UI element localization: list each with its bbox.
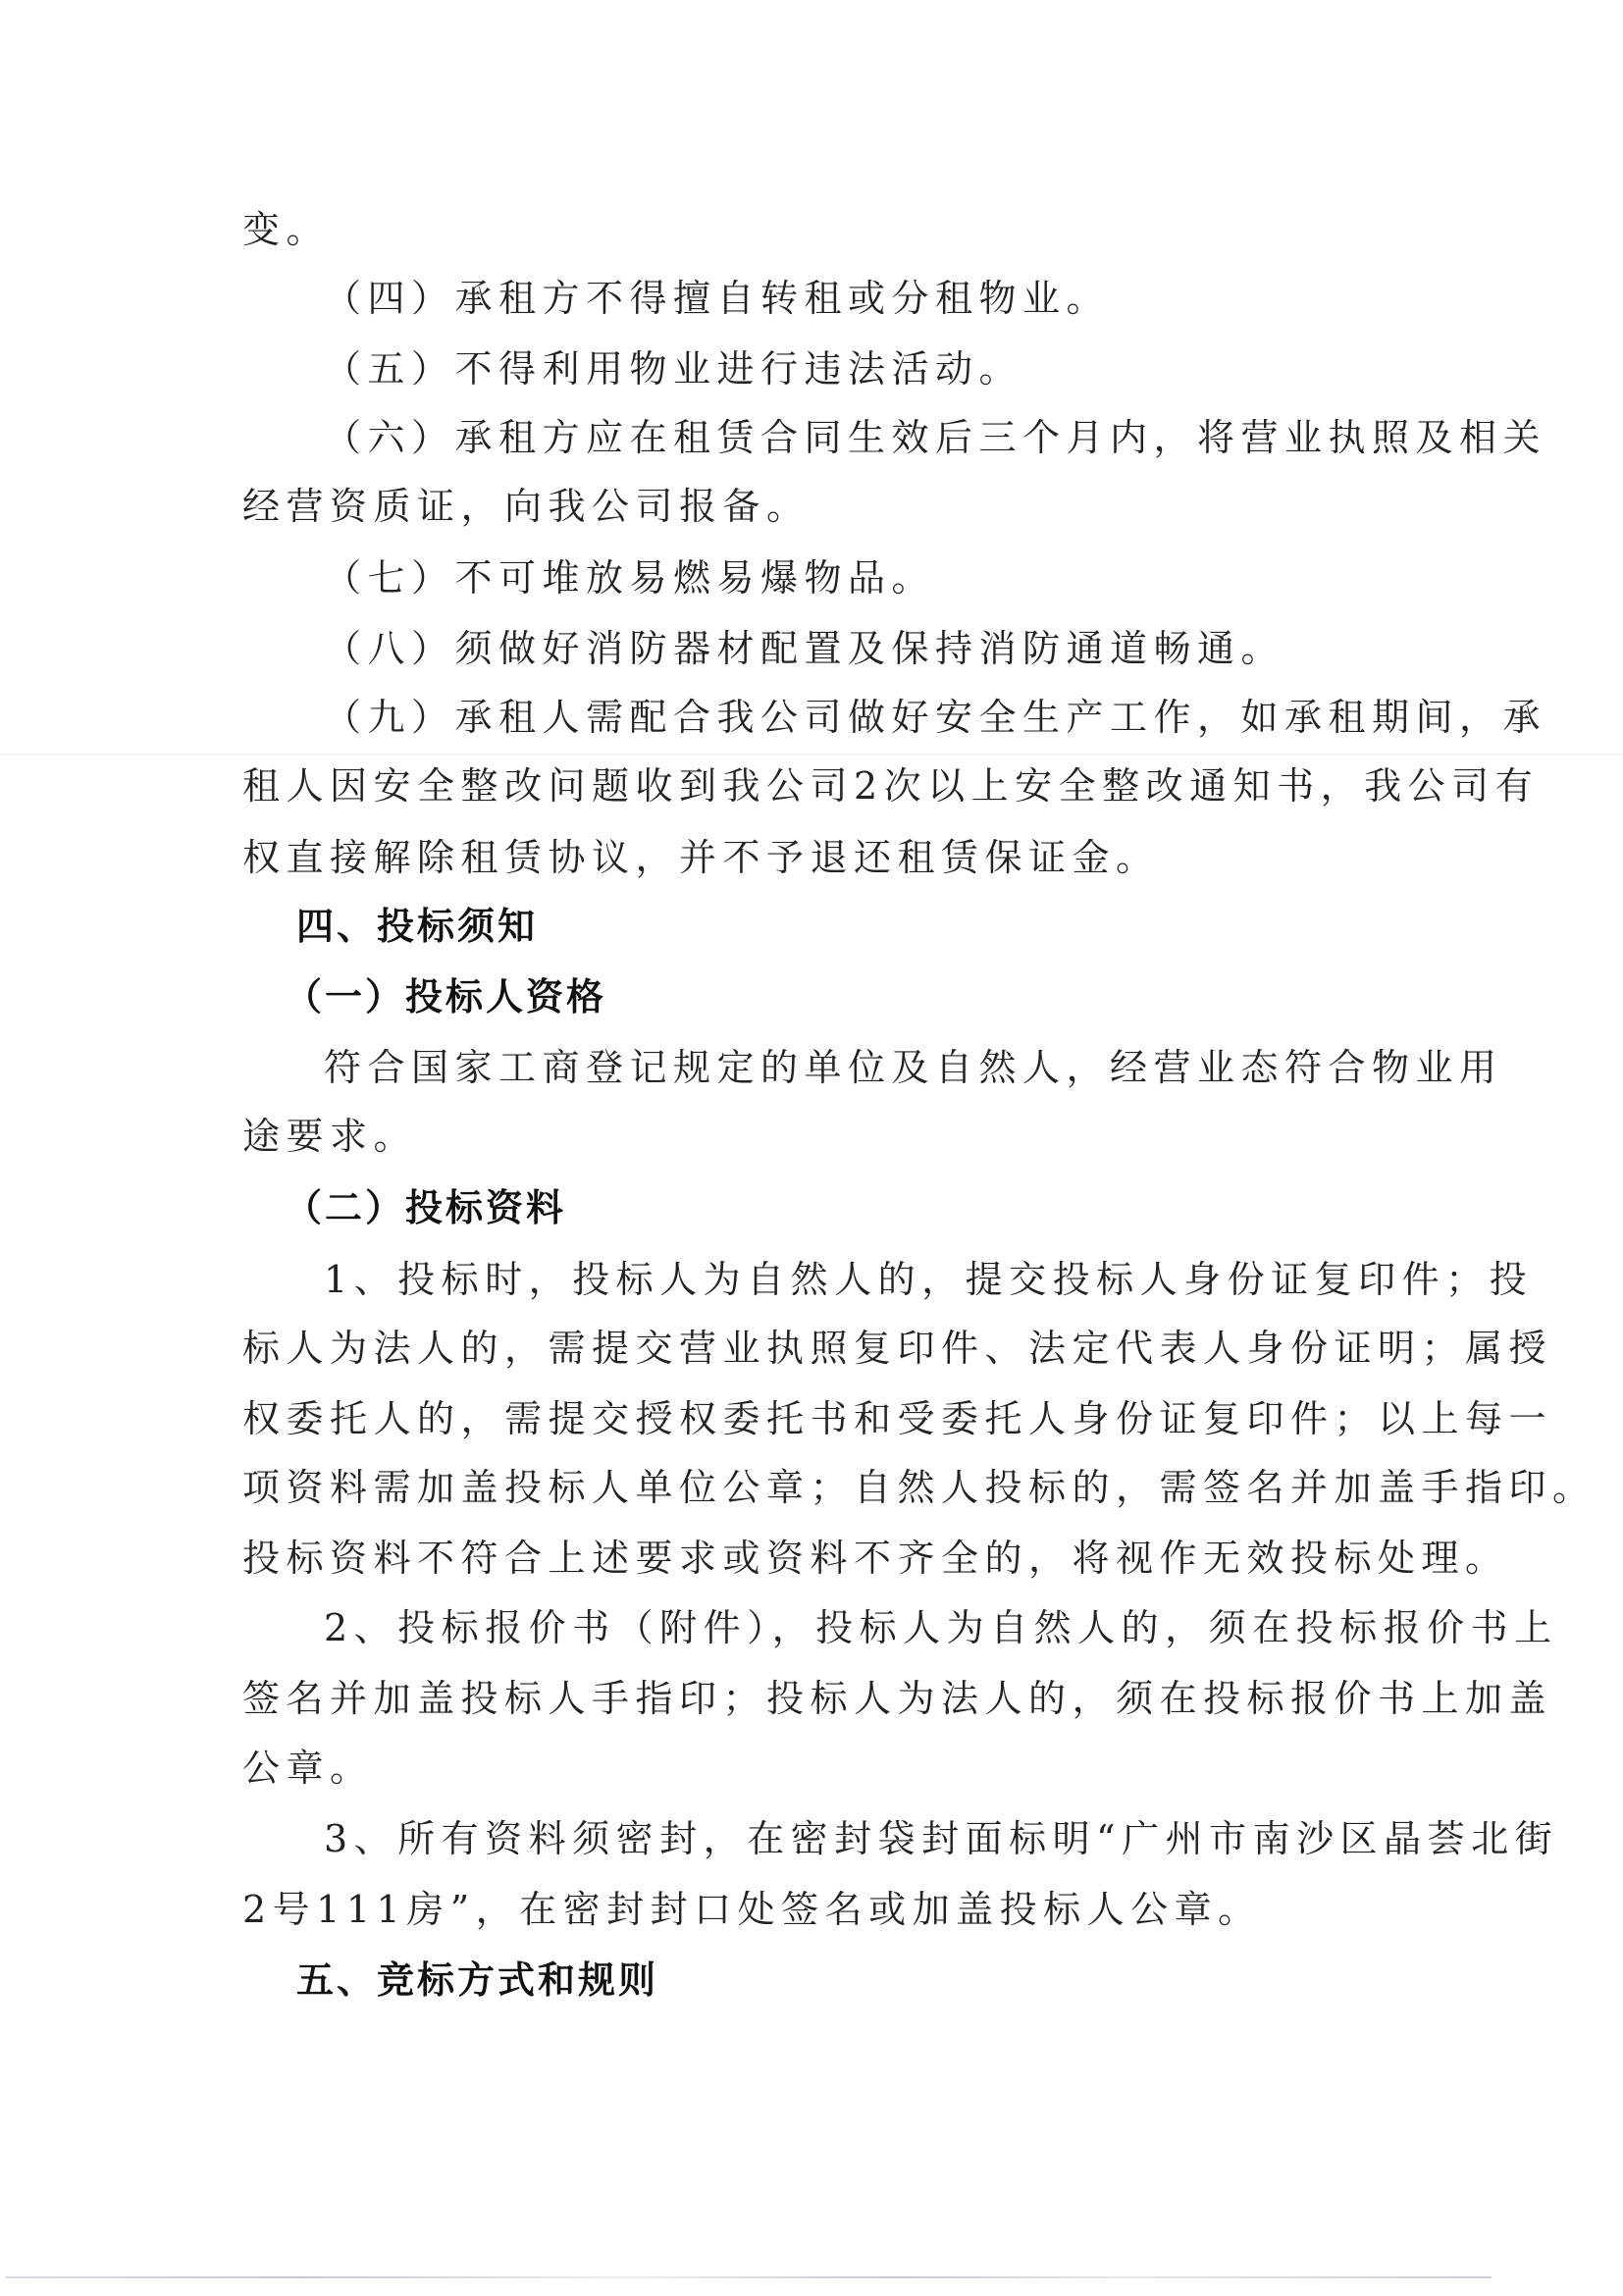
list-item-1: 1、投标时，投标人为自然人的，提交投标人身份证复印件；投 <box>324 1254 1462 1305</box>
clause-9-cont: 租人因安全整改问题收到我公司2次以上安全整改通知书，我公司有 <box>242 760 1381 811</box>
subsection-heading: （二）投标资料 <box>285 1182 1423 1233</box>
clause-8: （八）须做好消防器材配置及保持消防通道畅通。 <box>324 623 1462 674</box>
clause-7: （七）不可堆放易燃易爆物品。 <box>324 552 1462 603</box>
clause-9: （九）承租人需配合我公司做好安全生产工作，如承租期间，承 <box>324 692 1462 743</box>
clause-9-cont: 权直接解除租赁协议，并不予退还租赁保证金。 <box>242 832 1381 883</box>
paragraph-line: 签名并加盖投标人手指印；投标人为法人的，须在投标报价书上加盖 <box>242 1673 1381 1724</box>
paragraph-line: 标人为法人的，需提交营业执照复印件、法定代表人身份证明；属授 <box>242 1323 1381 1374</box>
list-item-2: 2、投标报价书（附件），投标人为自然人的，须在投标报价书上 <box>324 1602 1462 1653</box>
paragraph-line: 符合国家工商登记规定的单位及自然人，经营业态符合物业用 <box>324 1042 1462 1093</box>
clause-6: （六）承租方应在租赁合同生效后三个月内，将营业执照及相关 <box>324 412 1462 463</box>
scan-artifact-line <box>0 754 1623 756</box>
clause-6-cont: 经营资质证，向我公司报备。 <box>242 481 1381 532</box>
list-item-3: 3、所有资料须密封，在密封袋封面标明“广州市南沙区晶荟北街 <box>324 1813 1462 1864</box>
paragraph-line: 变。 <box>242 204 1381 255</box>
paragraph-line: 途要求。 <box>242 1111 1381 1162</box>
paragraph-line: 2号111房”，在密封封口处签名或加盖投标人公章。 <box>242 1884 1381 1935</box>
document-page: 变。 （四）承租方不得擅自转租或分租物业。 （五）不得利用物业进行违法活动。 （… <box>0 0 1623 2296</box>
section-heading: 五、竞标方式和规则 <box>296 1955 1435 2006</box>
clause-5: （五）不得利用物业进行违法活动。 <box>324 343 1462 394</box>
paragraph-line: 投标资料不符合上述要求或资料不齐全的，将视作无效投标处理。 <box>242 1533 1381 1584</box>
clause-4: （四）承租方不得擅自转租或分租物业。 <box>324 273 1462 324</box>
paragraph-line: 项资料需加盖投标人单位公章；自然人投标的，需签名并加盖手指印。 <box>242 1462 1381 1513</box>
paragraph-line: 权委托人的，需提交授权委托书和受委托人身份证复印件；以上每一 <box>242 1393 1381 1444</box>
paragraph-line: 公章。 <box>242 1743 1381 1794</box>
subsection-heading: （一）投标人资格 <box>285 971 1423 1022</box>
section-heading: 四、投标须知 <box>296 901 1435 952</box>
scan-edge-line <box>5 2276 1492 2278</box>
